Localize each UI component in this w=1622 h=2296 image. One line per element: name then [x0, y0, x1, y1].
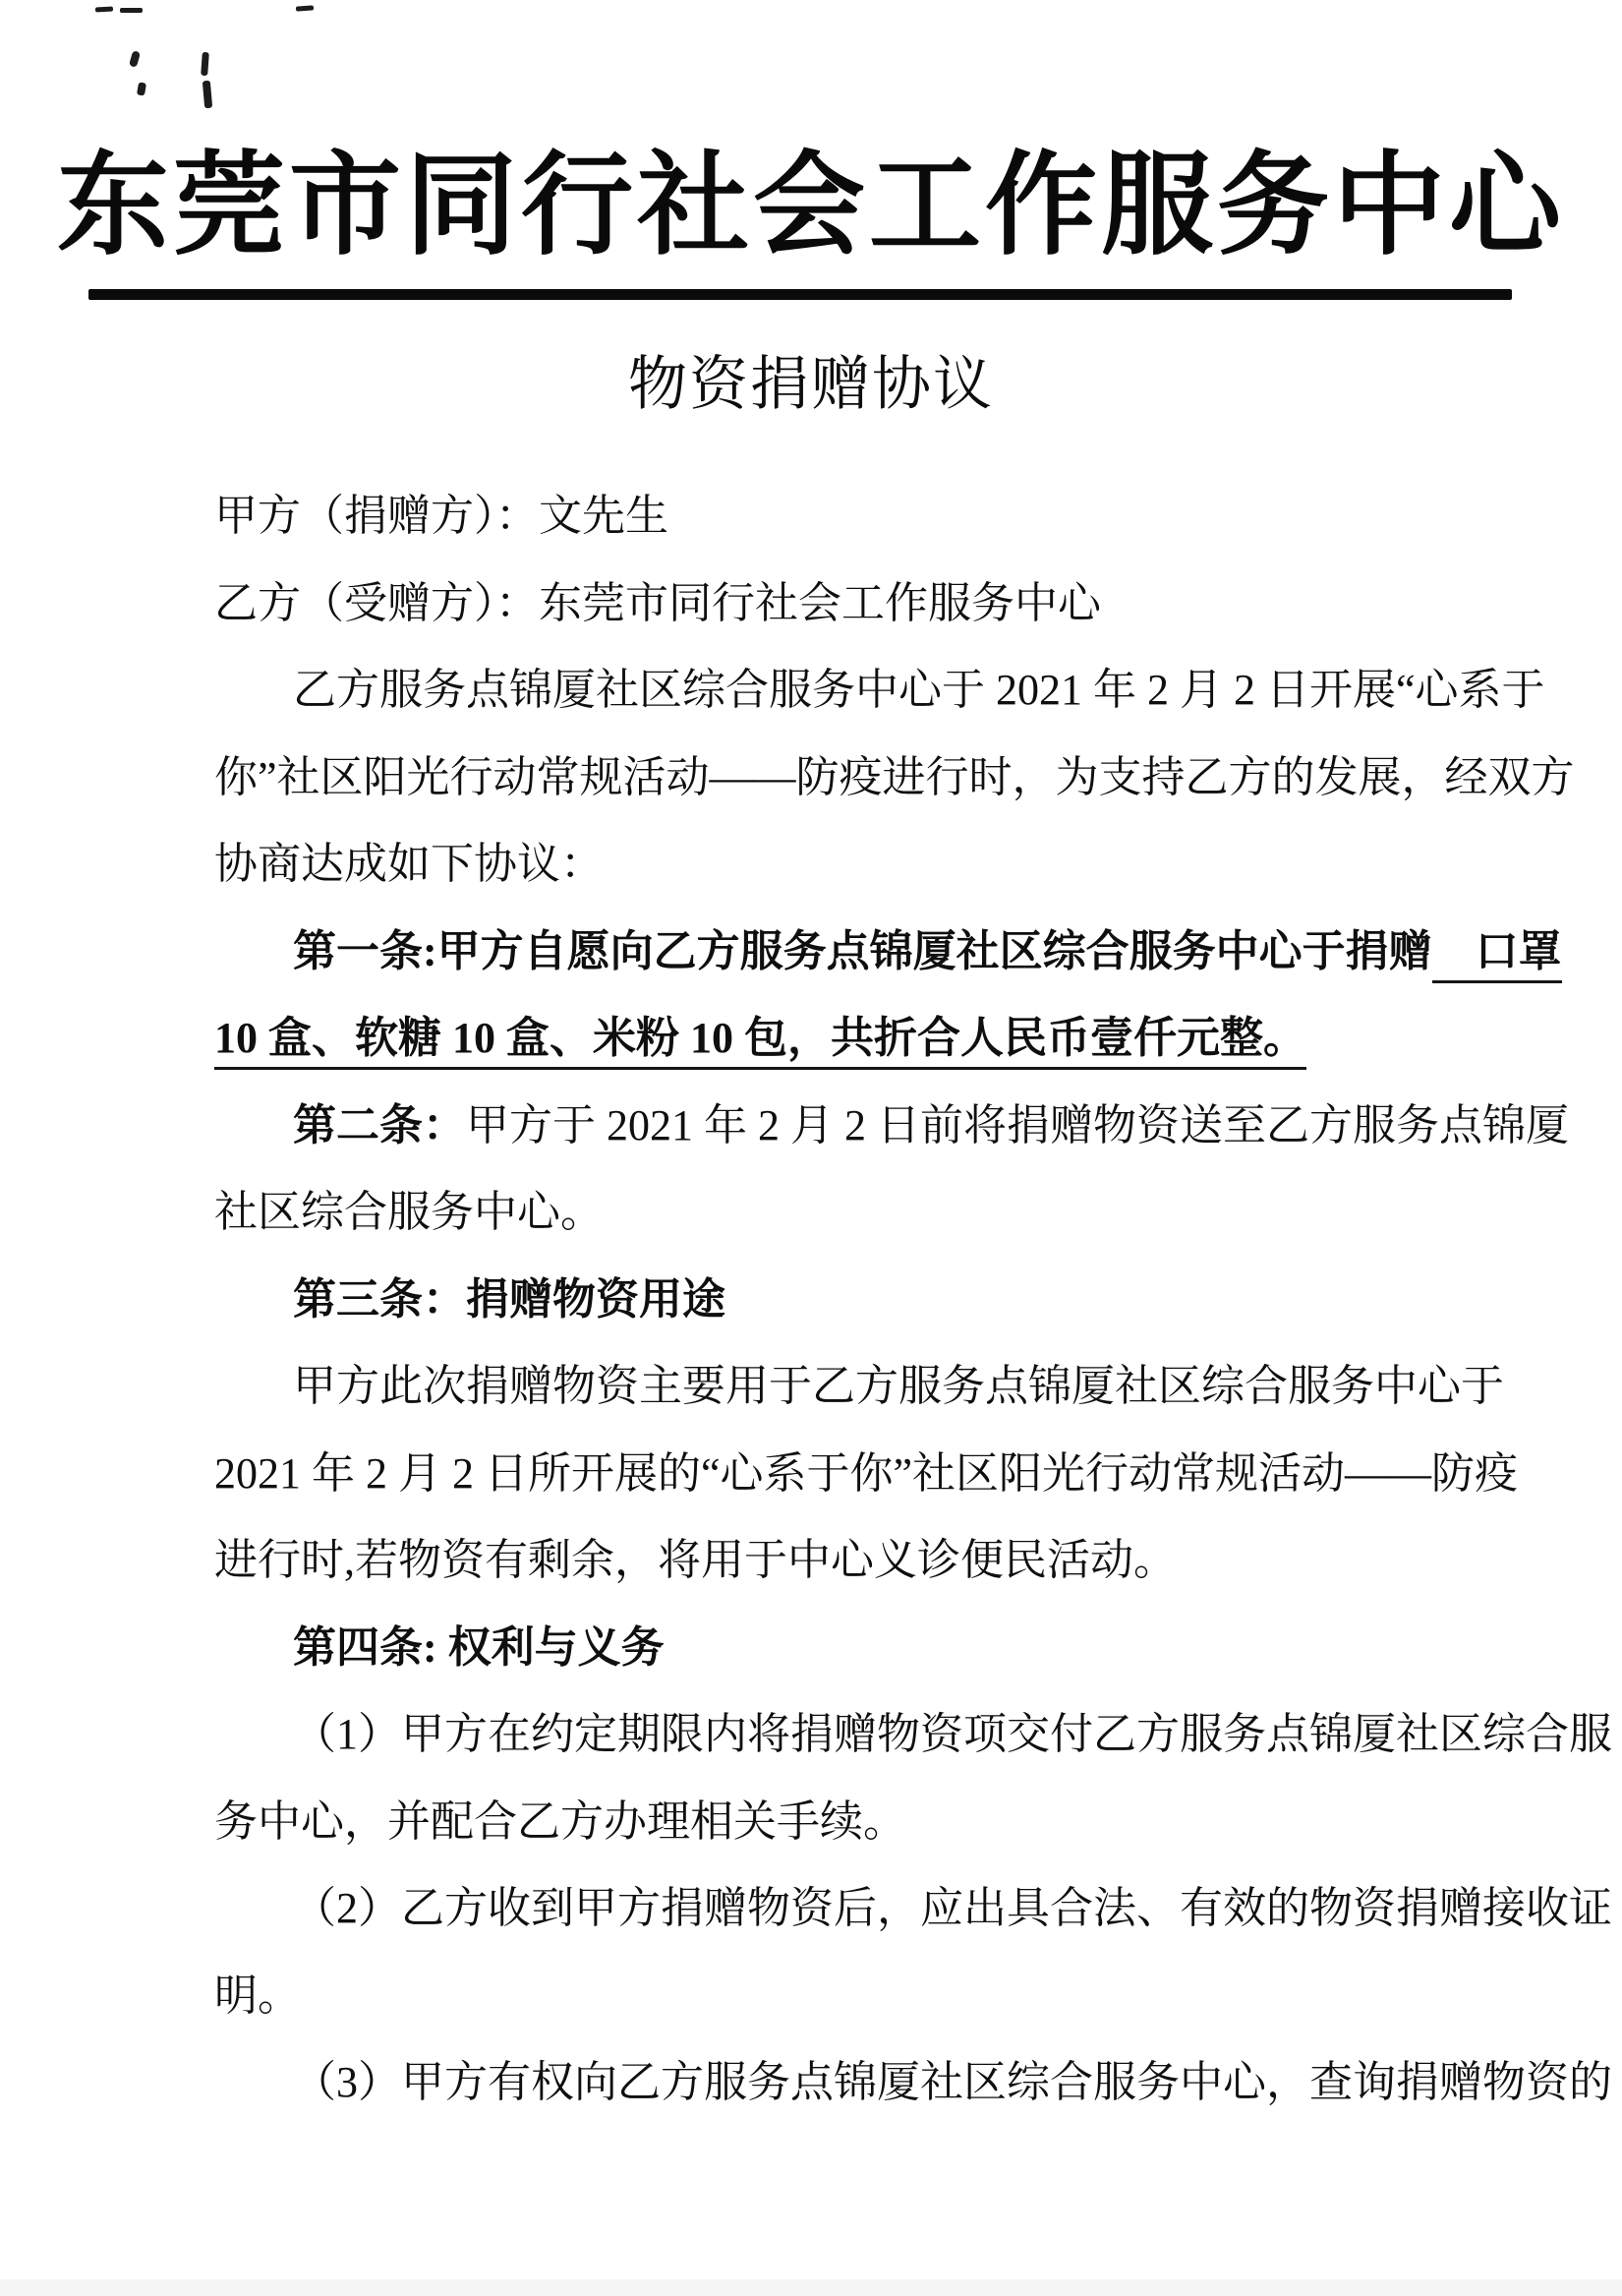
document-body: 甲方（捐赠方）：文先生乙方（受赠方）：东莞市同行社会工作服务中心乙方服务点锦厦社… [0, 0, 1622, 2296]
text-line: 进行时,若物资有剩余，将用于中心义诊便民活动。 [214, 1536, 1177, 1585]
text-line: 第二条：甲方于 2021 年 2 月 2 日前将捐赠物资送至乙方服务点锦厦 [214, 1101, 1569, 1150]
text-line: （3）甲方有权向乙方服务点锦厦社区综合服务中心，查询捐赠物资的 [214, 2058, 1591, 2107]
text-line: 第一条:甲方自愿向乙方服务点锦厦社区综合服务中心于捐赠 口罩 [214, 927, 1562, 976]
text-segment: 明。 [214, 1972, 301, 2020]
text-line: 明。 [214, 1972, 301, 2021]
text-segment: 甲方（捐赠方）：文先生 [214, 492, 668, 540]
text-segment: （2）乙方收到甲方捐赠物资后，应出具合法、有效的物资捐赠接收证 [293, 1884, 1612, 1932]
text-segment: 第四条: 权利与义务 [293, 1623, 665, 1672]
text-segment: 务中心，并配合乙方办理相关手续。 [214, 1797, 906, 1846]
text-line: 甲方（捐赠方）：文先生 [214, 492, 668, 541]
text-segment: 协商达成如下协议： [214, 840, 604, 888]
text-segment: 你”社区阳光行动常规活动——防疫进行时，为支持乙方的发展，经双方 [214, 753, 1575, 801]
text-line: 乙方（受赠方）：东莞市同行社会工作服务中心 [214, 579, 1101, 628]
text-line: 社区综合服务中心。 [214, 1188, 604, 1237]
text-line: 你”社区阳光行动常规活动——防疫进行时，为支持乙方的发展，经双方 [214, 753, 1512, 802]
text-segment: 甲方于 2021 年 2 月 2 日前将捐赠物资送至乙方服务点锦厦 [466, 1101, 1569, 1149]
text-line: 务中心，并配合乙方办理相关手续。 [214, 1797, 906, 1847]
text-segment: 社区综合服务中心。 [214, 1188, 604, 1236]
text-segment: 口罩 [1432, 927, 1562, 983]
text-segment: 第二条： [293, 1101, 466, 1149]
text-line: 第四条: 权利与义务 [214, 1623, 665, 1673]
text-segment: 2021 年 2 月 2 日所开展的“心系于你”社区阳光行动常规活动——防疫 [214, 1449, 1518, 1498]
text-line: （1）甲方在约定期限内将捐赠物资项交付乙方服务点锦厦社区综合服 [214, 1710, 1591, 1759]
text-line: （2）乙方收到甲方捐赠物资后，应出具合法、有效的物资捐赠接收证 [214, 1884, 1591, 1933]
text-segment: 第一条:甲方自愿向乙方服务点锦厦社区综合服务中心于捐赠 [293, 927, 1432, 975]
document-page: 东莞市同行社会工作服务中心 物资捐赠协议 甲方（捐赠方）：文先生乙方（受赠方）：… [0, 0, 1622, 2296]
text-segment: 乙方（受赠方）：东莞市同行社会工作服务中心 [214, 579, 1101, 627]
text-segment: 第三条：捐赠物资用途 [293, 1275, 725, 1324]
scan-edge-shadow [0, 2279, 1622, 2296]
text-segment: 10 盒、软糖 10 盒、米粉 10 包，共折合人民币壹仟元整。 [214, 1014, 1306, 1070]
text-segment: 进行时,若物资有剩余，将用于中心义诊便民活动。 [214, 1536, 1177, 1584]
text-line: 协商达成如下协议： [214, 840, 604, 889]
text-line: 10 盒、软糖 10 盒、米粉 10 包，共折合人民币壹仟元整。 [214, 1014, 1306, 1063]
text-segment: （3）甲方有权向乙方服务点锦厦社区综合服务中心，查询捐赠物资的 [293, 2058, 1612, 2106]
text-segment: 乙方服务点锦厦社区综合服务中心于 2021 年 2 月 2 日开展“心系于 [293, 666, 1545, 714]
text-line: 甲方此次捐赠物资主要用于乙方服务点锦厦社区综合服务中心于 [214, 1362, 1504, 1411]
text-line: 乙方服务点锦厦社区综合服务中心于 2021 年 2 月 2 日开展“心系于 [214, 666, 1545, 715]
text-line: 2021 年 2 月 2 日所开展的“心系于你”社区阳光行动常规活动——防疫 [214, 1449, 1512, 1499]
text-line: 第三条：捐赠物资用途 [214, 1275, 725, 1325]
text-segment: 甲方此次捐赠物资主要用于乙方服务点锦厦社区综合服务中心于 [293, 1362, 1504, 1410]
text-segment: （1）甲方在约定期限内将捐赠物资项交付乙方服务点锦厦社区综合服 [293, 1710, 1612, 1758]
